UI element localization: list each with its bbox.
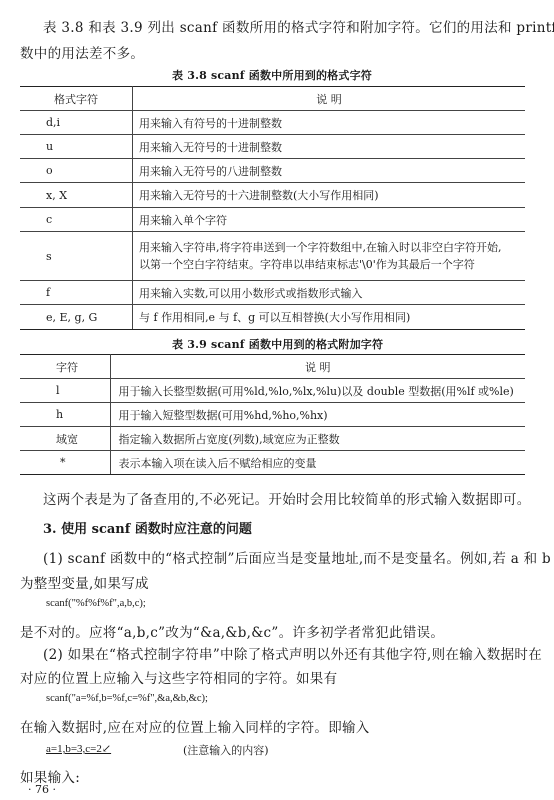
description-cell: 指定输入数据所占宽度(列数),域宽应为正整数 (110, 427, 525, 451)
description-cell: 用来输入无符号的十六进制整数(大小写作用相同) (133, 183, 526, 208)
format-char-cell: c (20, 208, 133, 232)
description-line-2: 以第一个空白字符结束。字符串以串结束标志'\0'作为其最后一个字符 (139, 256, 525, 273)
page-number: · 76 · (28, 783, 56, 796)
table-3-9-caption: 表 3.9 scanf 函数中用到的格式附加字符 (172, 336, 383, 352)
description-line-1: 用来输入字符串,将字符串送到一个字符数组中,在输入时以非空白字符开始, (139, 239, 525, 256)
description-cell: 用于输入长整型数据(可用%ld,%lo,%lx,%lu)以及 double 型数… (110, 379, 525, 403)
description-cell: 表示本输入项在读入后不赋给相应的变量 (110, 451, 525, 475)
point-2-line-2: 对应的位置上应输入与这些字符相同的字符。如果有 (20, 667, 337, 687)
point-1-line-1: (1) scanf 函数中的“格式控制”后面应当是变量地址,而不是变量名。例如,… (43, 547, 551, 567)
table-row: h 用于输入短整型数据(可用%hd,%ho,%hx) (20, 403, 525, 427)
input-note: (注意输入的内容) (183, 742, 269, 758)
description-cell: 用来输入字符串,将字符串送到一个字符数组中,在输入时以非空白字符开始, 以第一个… (133, 232, 526, 281)
intro-line-2: 数中的用法差不多。 (20, 42, 144, 62)
table-row: o 用来输入无符号的八进制整数 (20, 159, 525, 183)
header-format-char: 格式字符 (20, 87, 133, 111)
format-char-cell: u (20, 135, 133, 159)
point-1-line-2: 为整型变量,如果写成 (20, 572, 149, 592)
table-row: d,i 用来输入有符号的十进制整数 (20, 111, 525, 135)
section-title: 3. 使用 scanf 函数时应注意的问题 (43, 518, 252, 537)
table-row: c 用来输入单个字符 (20, 208, 525, 232)
description-cell: 用来输入实数,可以用小数形式或指数形式输入 (133, 281, 526, 305)
table-row: e, E, g, G 与 f 作用相同,e 与 f、g 可以互相替换(大小写作用… (20, 305, 525, 330)
intro-line-1: 表 3.8 和表 3.9 列出 scanf 函数所用的格式字符和附加字符。它们的… (43, 16, 554, 36)
description-cell: 用来输入单个字符 (133, 208, 526, 232)
table-row: * 表示本输入项在读入后不赋给相应的变量 (20, 451, 525, 475)
code-example-1: scanf("%f%f%f",a,b,c); (46, 598, 146, 609)
input-example: a=1,b=3,c=2↙ (46, 742, 111, 755)
table-3-9: 字符 说 明 l 用于输入长整型数据(可用%ld,%lo,%lx,%lu)以及 … (20, 354, 525, 475)
description-cell: 用来输入有符号的十进制整数 (133, 111, 526, 135)
table-row: s 用来输入字符串,将字符串送到一个字符数组中,在输入时以非空白字符开始, 以第… (20, 232, 525, 281)
after-tables-text: 这两个表是为了备查用的,不必死记。开始时会用比较简单的形式输入数据即可。 (43, 488, 531, 508)
table-row: x, X 用来输入无符号的十六进制整数(大小写作用相同) (20, 183, 525, 208)
description-cell: 与 f 作用相同,e 与 f、g 可以互相替换(大小写作用相同) (133, 305, 526, 330)
point-1-after: 是不对的。应将“a,b,c”改为“&a,&b,&c”。许多初学者常犯此错误。 (20, 621, 444, 641)
point-2-line-1: (2) 如果在“格式控制字符串”中除了格式声明以外还有其他字符,则在输入数据时在 (43, 643, 542, 663)
table-header-row: 格式字符 说 明 (20, 87, 525, 111)
format-char-cell: f (20, 281, 133, 305)
table-3-8-caption: 表 3.8 scanf 函数中所用到的格式字符 (172, 67, 372, 83)
format-char-cell: s (20, 232, 133, 281)
table-row: u 用来输入无符号的十进制整数 (20, 135, 525, 159)
header-char: 字符 (20, 355, 110, 379)
table-row: 域宽 指定输入数据所占宽度(列数),域宽应为正整数 (20, 427, 525, 451)
char-cell: l (20, 379, 110, 403)
point-2-after: 在输入数据时,应在对应的位置上输入同样的字符。即输入 (20, 716, 370, 736)
char-cell: 域宽 (20, 427, 110, 451)
table-row: l 用于输入长整型数据(可用%ld,%lo,%lx,%lu)以及 double … (20, 379, 525, 403)
format-char-cell: d,i (20, 111, 133, 135)
description-cell: 用来输入无符号的十进制整数 (133, 135, 526, 159)
header-description: 说 明 (133, 87, 526, 111)
table-header-row: 字符 说 明 (20, 355, 525, 379)
format-char-cell: o (20, 159, 133, 183)
table-row: f 用来输入实数,可以用小数形式或指数形式输入 (20, 281, 525, 305)
char-cell: h (20, 403, 110, 427)
char-cell: * (20, 451, 110, 475)
format-char-cell: x, X (20, 183, 133, 208)
code-example-2: scanf("a=%f,b=%f,c=%f",&a,&b,&c); (46, 693, 208, 704)
format-char-cell: e, E, g, G (20, 305, 133, 330)
description-cell: 用于输入短整型数据(可用%hd,%ho,%hx) (110, 403, 525, 427)
description-cell: 用来输入无符号的八进制整数 (133, 159, 526, 183)
header-description: 说 明 (110, 355, 525, 379)
table-3-8: 格式字符 说 明 d,i 用来输入有符号的十进制整数 u 用来输入无符号的十进制… (20, 86, 525, 330)
